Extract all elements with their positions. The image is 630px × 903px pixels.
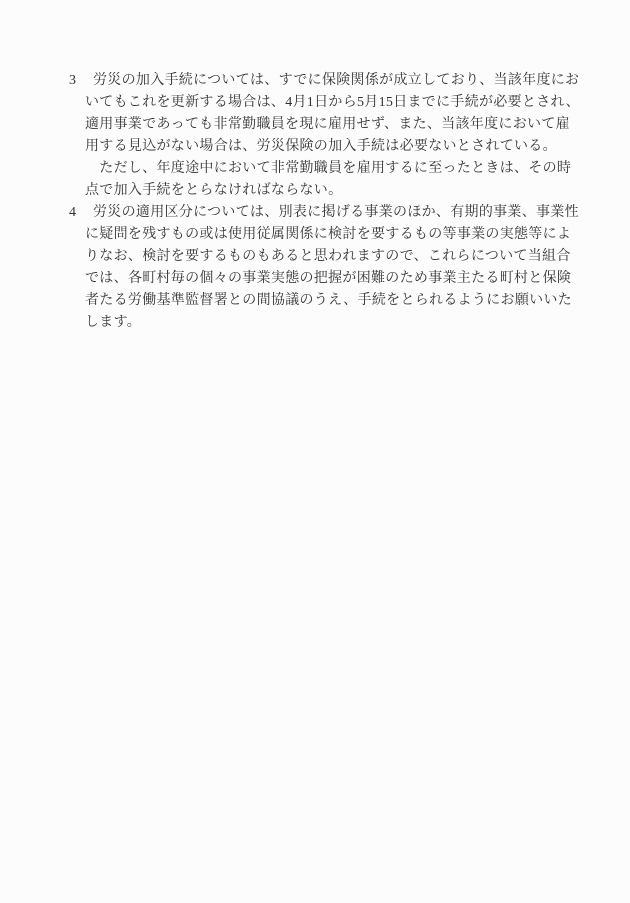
list-item-3: 3 労災の加入手続については、すでに保険関係が成立しており、当該年度にお いても… [85, 70, 556, 202]
document-body: 3 労災の加入手続については、すでに保険関係が成立しており、当該年度にお いても… [85, 70, 556, 334]
text-line: 用する見込がない場合は、労災保険の加入手続は必要ないとされている。 [85, 136, 556, 158]
text-line: 者たる労働基準監督署との間協議のうえ、手続をとられるようにお願いいた [85, 290, 556, 312]
text-line: りなお、検討を要するものもあると思われますので、これらについて当組合 [85, 246, 556, 268]
text-line: では、各町村毎の個々の事業実態の把握が困難のため事業主たる町村と保険 [85, 268, 556, 290]
item-number-3: 3 [69, 70, 84, 92]
text-line: 点で加入手続をとらなければならない。 [85, 180, 556, 202]
text-line: 労災の適用区分については、別表に掲げる事業のほか、有期的事業、事業性 [85, 202, 556, 224]
list-item-4: 4 労災の適用区分については、別表に掲げる事業のほか、有期的事業、事業性 に疑問… [85, 202, 556, 334]
text-line: に疑問を残すもの或は使用従属関係に検討を要するもの等事業の実態等によ [85, 224, 556, 246]
item-number-4: 4 [69, 202, 84, 224]
text-line: ただし、年度途中において非常勤職員を雇用するに至ったときは、その時 [85, 158, 556, 180]
text-line: します。 [85, 312, 556, 334]
text-line: 適用事業であっても非常勤職員を現に雇用せず、また、当該年度において雇 [85, 114, 556, 136]
document-page: 3 労災の加入手続については、すでに保険関係が成立しており、当該年度にお いても… [0, 0, 630, 903]
text-line: いてもこれを更新する場合は、4月1日から5月15日までに手続が必要とされ、 [85, 92, 556, 114]
text-line: 労災の加入手続については、すでに保険関係が成立しており、当該年度にお [85, 70, 556, 92]
